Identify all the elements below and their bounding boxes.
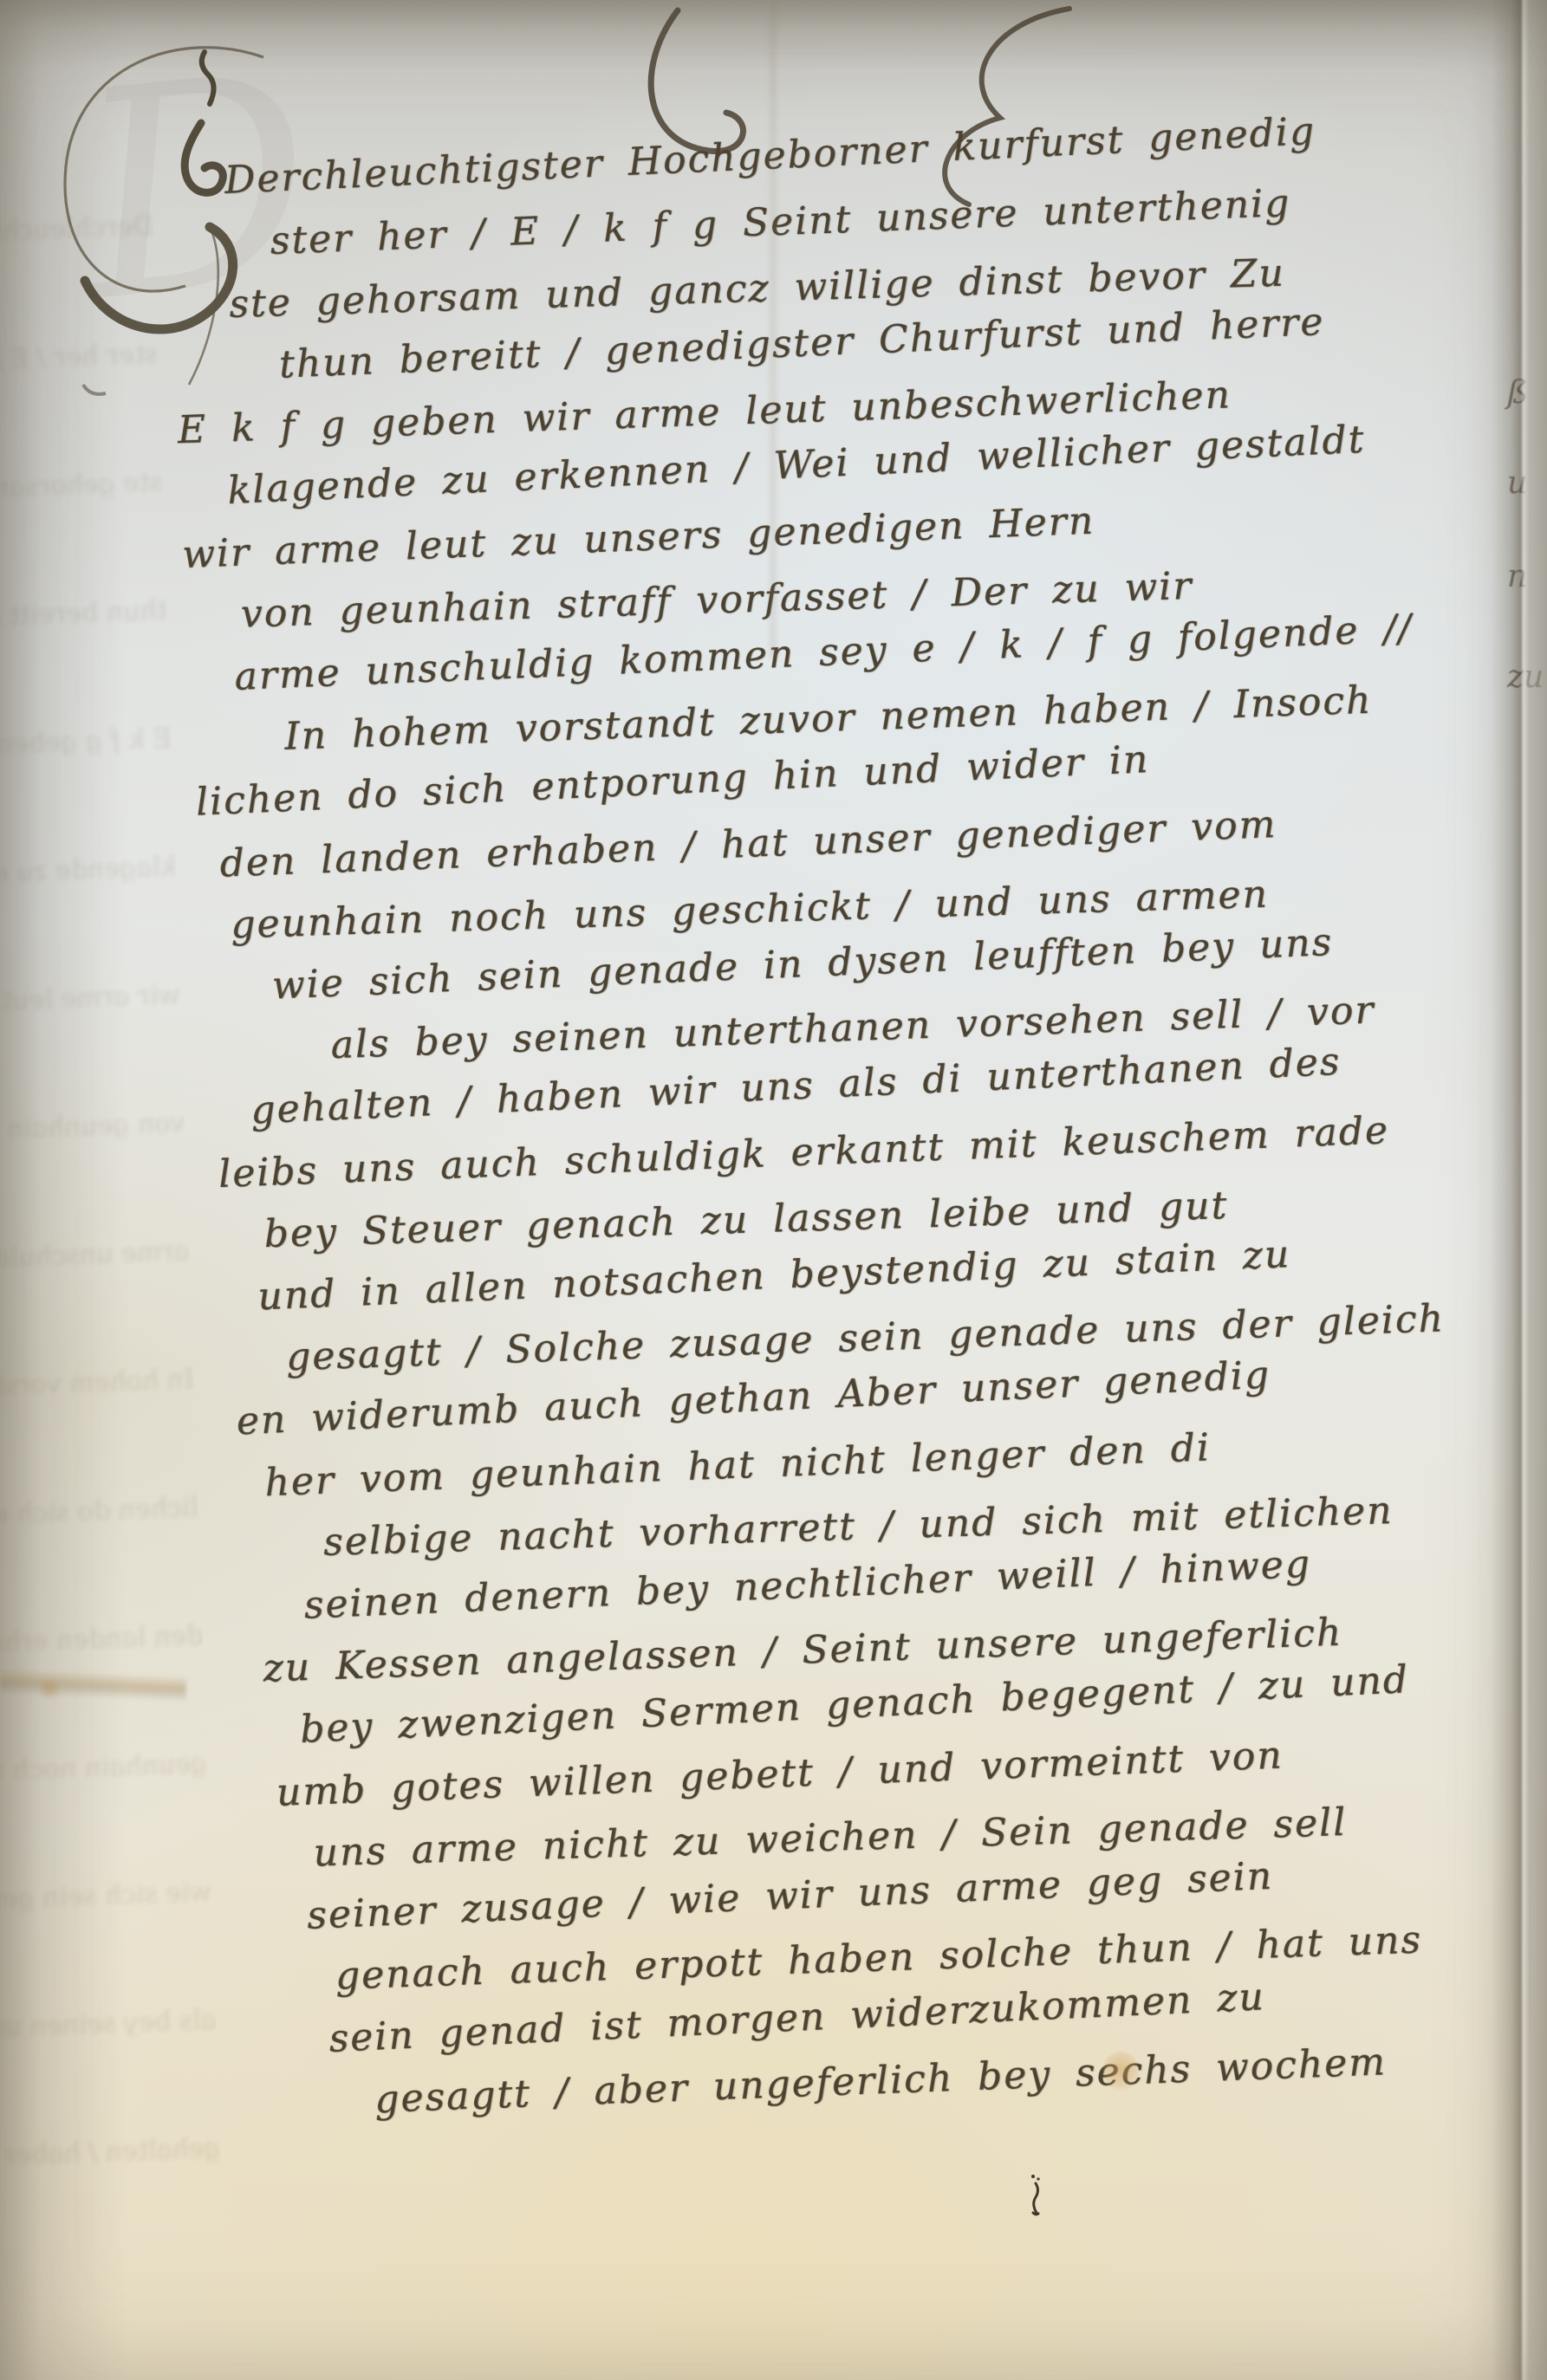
manuscript-line: her vom geunhain hat nicht lenger den di — [264, 1429, 1212, 1502]
manuscript-line: In hohem vorstandt zuvor nemen haben / I… — [284, 682, 1373, 756]
manuscript-page: Derchleuchtigster Hochgeborner kurfurst … — [0, 0, 1547, 2380]
stain-spot — [1102, 2052, 1139, 2091]
manuscript-line: gesagtt / aber ungeferlich bey sechs woc… — [374, 2043, 1388, 2119]
manuscript-line: den landen erhaben / hat unser genediger… — [219, 806, 1277, 884]
manuscript-line: umb gotes willen gebett / und vormeintt … — [276, 1736, 1284, 1813]
vertical-crease — [767, 0, 779, 658]
wax-spot — [35, 1679, 64, 1698]
manuscript-line: wir arme leut zu unsers genedigen Hern — [182, 502, 1095, 574]
ink-mark — [1028, 2173, 1043, 2221]
manuscript-line: ster her / E / k f g Seint unsere untert… — [270, 184, 1291, 260]
manuscript-line: gesagtt / Solche zusage sein genade uns … — [285, 1300, 1445, 1378]
